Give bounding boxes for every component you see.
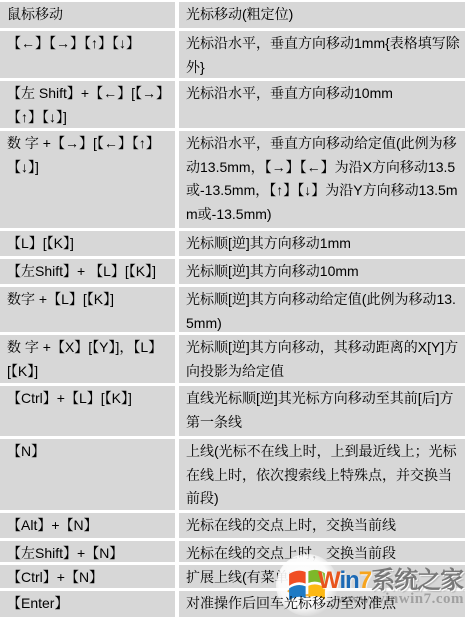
key-cell: 【Enter】 xyxy=(0,591,175,617)
desc-cell: 光标顺[逆]其方向移动给定值(此例为移动13.5mm) xyxy=(179,287,465,332)
desc-cell: 光标顺[逆]其方向移动10mm xyxy=(179,259,465,284)
key-cell: 【Alt】+【N】 xyxy=(0,513,175,538)
key-cell: 数 字 +【X】[【Y】]，【L】[【K】] xyxy=(0,335,175,383)
desc-cell: 对准操作后回车光标移动至对准点 xyxy=(179,591,465,617)
key-cell: 【Ctrl】+【L】[【K】] xyxy=(0,386,175,436)
desc-cell: 光标沿水平，垂直方向移动1mm{表格填写除外} xyxy=(179,31,465,78)
desc-cell: 光标顺[逆]其方向移动，其移动距离的X[Y]方向投影为给定值 xyxy=(179,335,465,383)
key-cell: 数 字 +【→】[【←】【↑】【↓】] xyxy=(0,131,175,228)
desc-cell: 上线(光标不在线上时，上到最近线上；光标在线上时，依次搜索线上特殊点，并交换当前… xyxy=(179,439,465,510)
key-cell: 【左 Shift】+【←】[【→】【↑】【↓】] xyxy=(0,81,175,128)
shortcut-reference-page: 鼠标移动 光标移动(粗定位) 【←】【→】【↑】【↓】 光标沿水平，垂直方向移动… xyxy=(0,0,465,617)
key-cell: 【←】【→】【↑】【↓】 xyxy=(0,31,175,78)
key-cell: 数字 +【L】[【K】] xyxy=(0,287,175,332)
desc-cell: 光标在线的交点上时，交换当前线 xyxy=(179,513,465,538)
desc-cell: 光标沿水平，垂直方向移动给定值(此例为移动13.5mm，【→】【←】为沿X方向移… xyxy=(179,131,465,228)
desc-cell: 光标在线的交点上时，交换当前段 xyxy=(179,541,465,562)
desc-cell: 扩展上线(有菜单) xyxy=(179,565,465,588)
desc-cell: 光标顺[逆]其方向移动1mm xyxy=(179,231,465,256)
table-header-cursor-move: 光标移动(粗定位) xyxy=(179,2,465,28)
key-cell: 【N】 xyxy=(0,439,175,510)
desc-cell: 光标沿水平，垂直方向移动10mm xyxy=(179,81,465,128)
key-cell: 【左Shift】+【N】 xyxy=(0,541,175,562)
key-cell: 【Ctrl】+【N】 xyxy=(0,565,175,588)
table-header-mouse-move: 鼠标移动 xyxy=(0,2,175,28)
desc-cell-text: 对准操作后回车光标移动至对准点 xyxy=(186,595,396,611)
key-cell: 【L】[【K】] xyxy=(0,231,175,256)
shortcut-table: 鼠标移动 光标移动(粗定位) 【←】【→】【↑】【↓】 光标沿水平，垂直方向移动… xyxy=(0,0,465,617)
desc-cell: 直线光标顺[逆]其光标方向移动至其前[后]方第一条线 xyxy=(179,386,465,436)
key-cell: 【左Shift】+ 【L】[【K】] xyxy=(0,259,175,284)
